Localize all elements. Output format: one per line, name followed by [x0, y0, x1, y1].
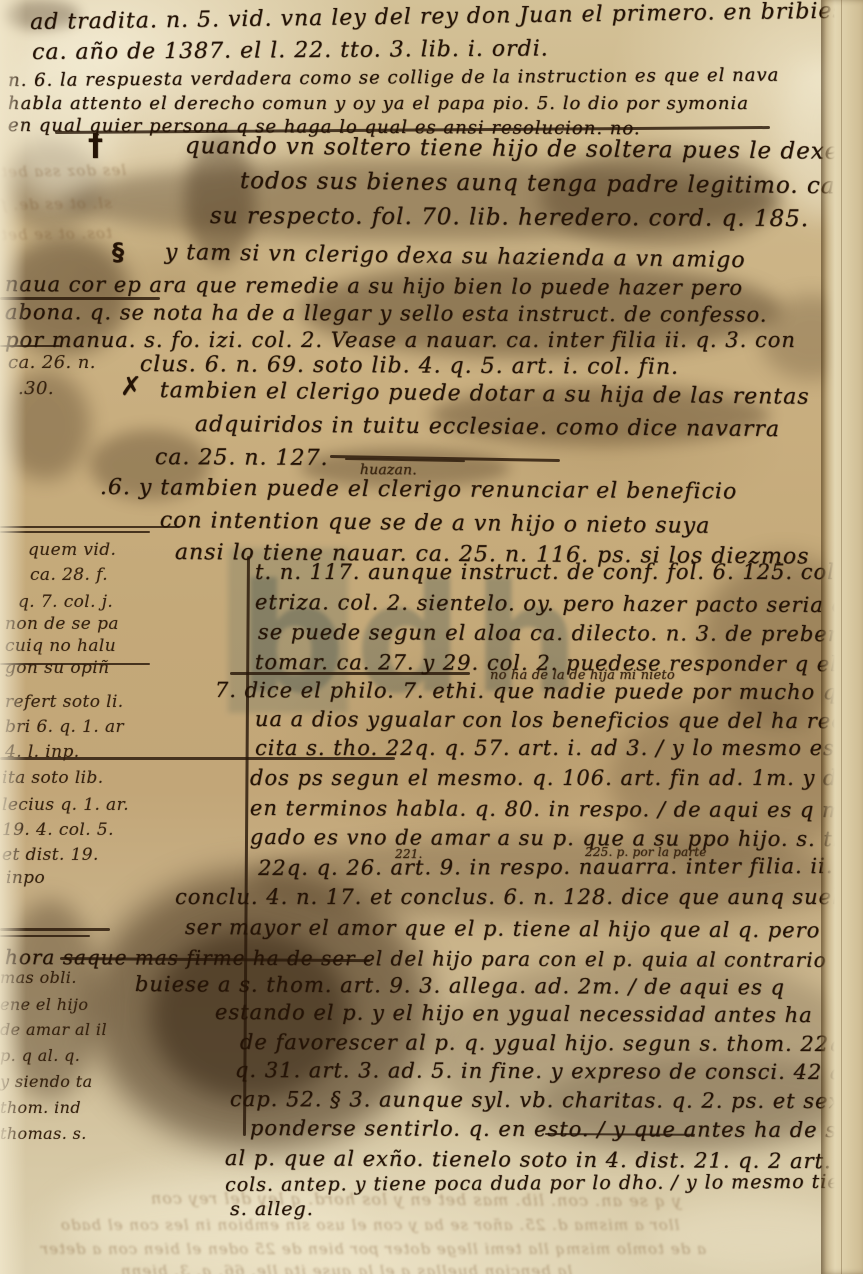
manuscript-line: t. n. 117. aunque instruct. de conf. fol…	[255, 560, 863, 584]
manuscript-line: †	[88, 128, 104, 163]
manuscript-line: al p. que al exño. tienelo soto in 4. di…	[225, 1146, 862, 1173]
bleed-through-line: a de tomlo mismq lla temi llege doter po…	[40, 1240, 706, 1258]
page-right-edge	[821, 0, 863, 1274]
manuscript-line: ✗	[120, 372, 143, 402]
manuscript-line: 7. dice el philo. 7. ethi. que nadie pue…	[215, 678, 863, 704]
manuscript-line: ca. año de 1387. el l. 22. tto. 3. lib. …	[32, 36, 549, 65]
manuscript-line: y tam si vn clerigo dexa su hazienda a v…	[165, 240, 746, 273]
manuscript-line: adquiridos in tuitu ecclesiae. como dice…	[195, 412, 780, 442]
manuscript-line: hora saque mas firme ha de ser el del hi…	[5, 945, 827, 972]
manuscript-line: estando el p. y el hijo en ygual necessi…	[215, 1000, 813, 1027]
manuscript-line: se puede segun el aloa ca. dilecto. n. 3…	[258, 620, 850, 646]
page-left-edge	[0, 0, 26, 1274]
manuscript-line: ca. 25. n. 127.	[155, 445, 329, 471]
manuscript-line: de favorescer al p. q. ygual hijo. segun…	[240, 1030, 851, 1056]
manuscript-line: naua cor ep ara que remedie a su hijo bi…	[5, 272, 743, 300]
manuscript-line: todos sus bienes aunq tenga padre legiti…	[240, 168, 863, 200]
manuscript-line: etriza. col. 2. sientelo. oy. pero hazer…	[255, 590, 863, 617]
manuscript-line: cita s. tho. 22q. q. 57. art. i. ad 3. /…	[255, 736, 863, 760]
manuscript-line: 22q. q. 26. art. 9. in respo. nauarra. i…	[258, 854, 863, 880]
text-layer: ad tradita. n. 5. vid. vna ley del rey d…	[0, 0, 863, 1274]
manuscript-line: por manua. s. fo. izi. col. 2. Vease a n…	[5, 328, 796, 352]
manuscript-line: q. 31. art. 3. ad. 5. in fine. y expreso…	[235, 1058, 863, 1084]
manuscript-line: en terminos habla. q. 80. in respo. / de…	[250, 796, 863, 822]
manuscript-line: abona. q. se nota ha de a llegar y sello…	[5, 300, 768, 327]
manuscript-line: ad tradita. n. 5. vid. vna ley del rey d…	[30, 0, 845, 35]
manuscript-line: clus. 6. n. 69. soto lib. 4. q. 5. art. …	[140, 352, 679, 380]
margin-note: quem vid.	[28, 540, 116, 560]
manuscript-line: n. 6. la respuesta verdadera como se col…	[8, 65, 779, 91]
manuscript-line: habla attento el derecho comun y oy ya e…	[8, 93, 749, 114]
bleed-through-line: la bencion buellas q el la guse ita lle.…	[120, 1262, 572, 1274]
manuscript-line: huazan.	[360, 462, 417, 478]
margin-note: q. 7. col. j.	[18, 592, 113, 612]
manuscript-line: §	[112, 238, 125, 266]
manuscript-line: conclu. 4. n. 17. et conclus. 6. n. 128.…	[175, 885, 853, 909]
manuscript-line: ua a dios ygualar con los beneficios que…	[255, 707, 863, 733]
manuscript-line: su respecto. fol. 70. lib. heredero. cor…	[210, 203, 809, 232]
manuscript-line: con intention que se de a vn hijo o niet…	[160, 508, 711, 539]
manuscript-line: gado es vno de amar a su p. que a su ppo…	[250, 825, 863, 851]
manuscript-line: dos ps segun el mesmo. q. 106. art. fin …	[250, 766, 851, 790]
manuscript-line: buiese a s. thom. art. 9. 3. allega. ad.…	[135, 972, 785, 999]
fold-line	[841, 0, 842, 1274]
manuscript-line: ser mayor el amor que el p. tiene al hij…	[185, 915, 821, 942]
bleed-through-line: llor a misma d. 25. añor se ba y con el …	[60, 1216, 679, 1234]
manuscript-line: ponderse sentirlo. q. en esto. / y que a…	[250, 1116, 863, 1142]
margin-note: ca. 28. f.	[30, 565, 108, 585]
bleed-through-line: y q se an. con. lib. mas bet en y los ho…	[150, 1189, 681, 1211]
manuscript-page: bdh ad tradita. n. 5. vid. vna ley del r…	[0, 0, 863, 1274]
manuscript-line: cap. 52. § 3. aunque syl. vb. charitas. …	[230, 1087, 863, 1113]
manuscript-line: quando vn soltero tiene hijo de soltera …	[185, 133, 855, 165]
manuscript-line: tambien el clerigo puede dotar a su hija…	[160, 378, 810, 410]
manuscript-line: .6. y tambien puede el clerigo renunciar…	[100, 475, 738, 504]
